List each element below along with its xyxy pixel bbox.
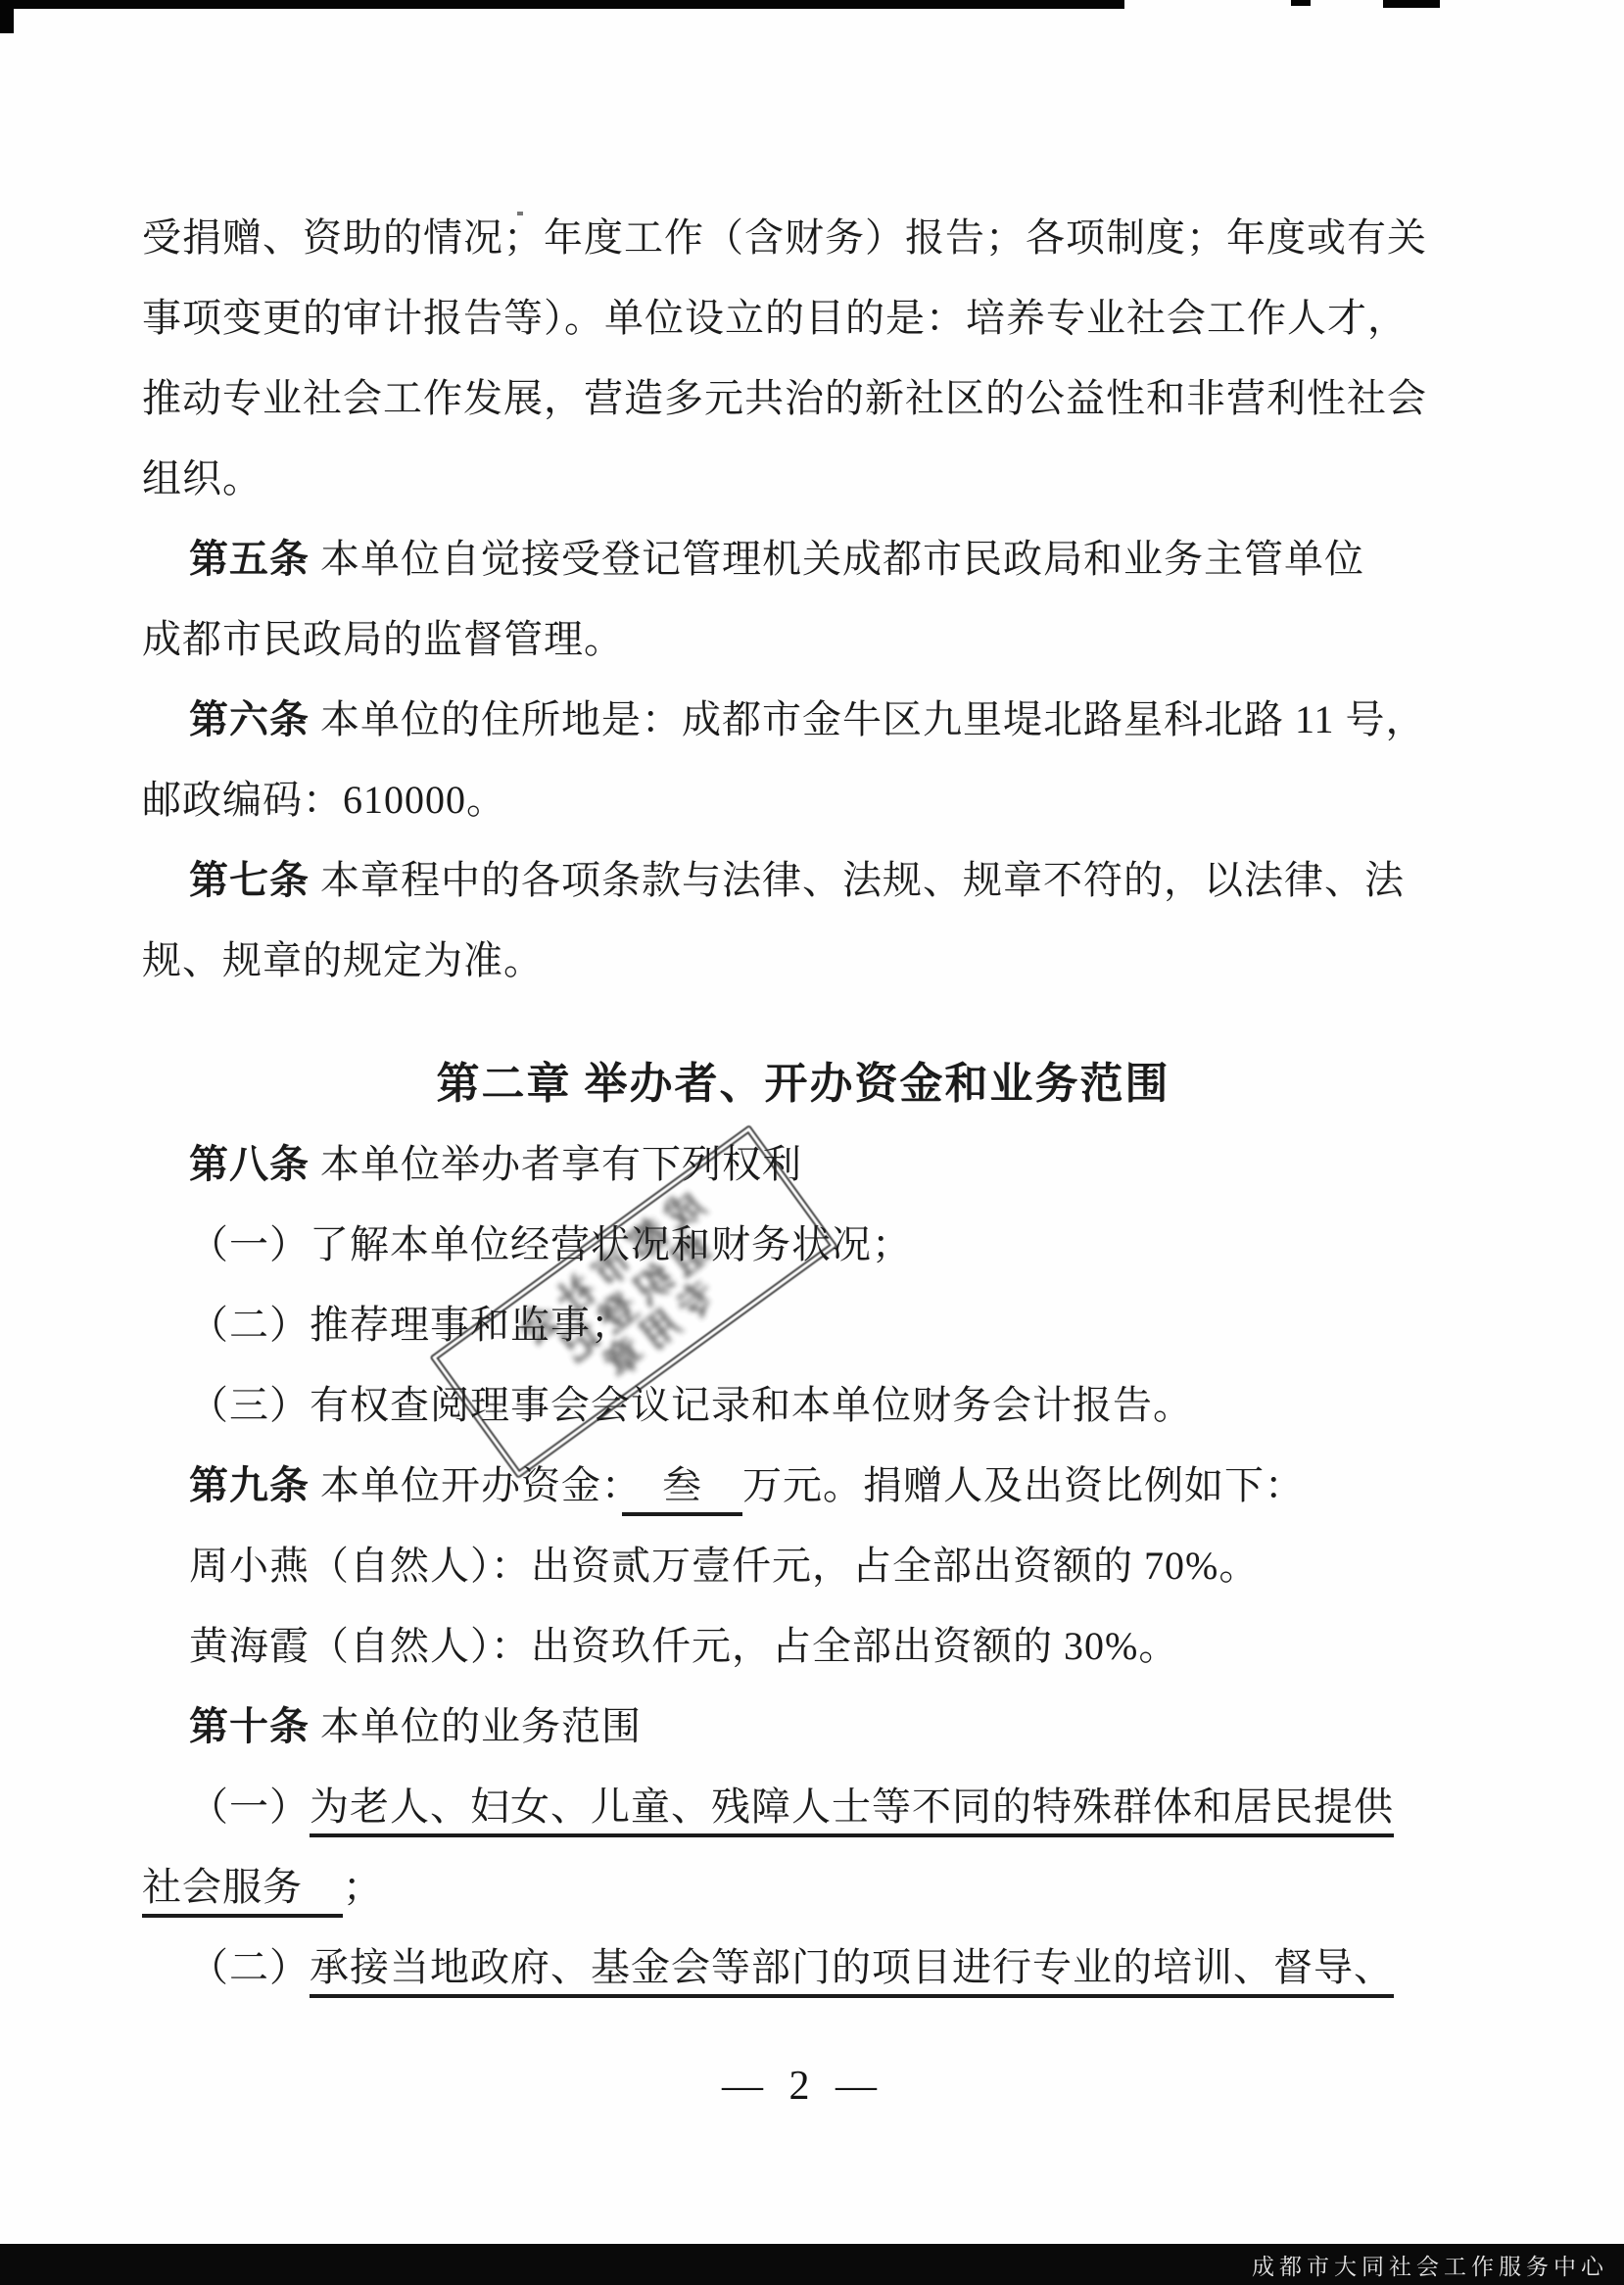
text-segment: （一）了解本单位经营状况和财务状况； xyxy=(189,1222,912,1266)
item-line: （一）了解本单位经营状况和财务状况； xyxy=(142,1205,1464,1285)
article-10-line: 第十条 本单位的业务范围 xyxy=(142,1687,1464,1767)
article-5-line: 第五条 本单位自觉接受登记管理机关成都市民政局和业务主管单位 xyxy=(142,519,1464,599)
item-line: （二）承接当地政府、基金会等部门的项目进行专业的培训、督导、 xyxy=(142,1928,1464,2008)
para-line: 邮政编码：610000。 xyxy=(142,760,1464,840)
contributor-line: 周小燕（自然人）：出资贰万壹仟元，占全部出资额的 70%。 xyxy=(142,1526,1464,1606)
text-segment: 本单位自觉接受登记管理机关成都市民政局和业务主管单位 xyxy=(310,537,1364,581)
text-segment: 承接当地政府、基金会等部门的项目进行专业的培训、督导、 xyxy=(310,1945,1394,1998)
text-segment: 受捐赠、资助的情况；年度工作（含财务）报告；各项制度；年度或有关 xyxy=(142,215,1427,260)
text-segment: 万元。捐赠人及出资比例如下： xyxy=(742,1463,1305,1507)
item-line: （二）推荐理事和监事； xyxy=(142,1285,1464,1365)
scan-artifact-mark xyxy=(1383,0,1440,8)
contributor-line: 黄海霞（自然人）：出资玖仟元，占全部出资额的 30%。 xyxy=(142,1606,1464,1687)
text-segment: 第八条 xyxy=(189,1142,310,1186)
item-line: （三）有权查阅理事会会议记录和本单位财务会计报告。 xyxy=(142,1365,1464,1446)
page-number: — 2 — xyxy=(142,2063,1464,2110)
article-8-line: 第八条 本单位举办者享有下列权利 xyxy=(142,1124,1464,1205)
text-segment: 事项变更的审计报告等）。单位设立的目的是：培养专业社会工作人才， xyxy=(142,296,1408,340)
scan-artifact-top-bar xyxy=(0,0,1124,9)
text-segment: （一） xyxy=(189,1785,310,1829)
text-segment: 第九条 xyxy=(189,1463,310,1507)
scan-artifact-mark xyxy=(1291,0,1311,6)
text-segment: 本单位开办资金： xyxy=(310,1463,622,1507)
para-line: 事项变更的审计报告等）。单位设立的目的是：培养专业社会工作人才， xyxy=(142,278,1464,358)
text-segment: 周小燕（自然人）：出资贰万壹仟元，占全部出资额的 70%。 xyxy=(189,1544,1259,1588)
para-line: 规、规章的规定为准。 xyxy=(142,921,1464,1001)
scanned-document-page: 受捐赠、资助的情况；年度工作（含财务）报告；各项制度；年度或有关事项变更的审计报… xyxy=(0,0,1624,2285)
text-segment: 本章程中的各项条款与法律、法规、规章不符的，以法律、法 xyxy=(310,858,1405,902)
text-segment: （三）有权查阅理事会会议记录和本单位财务会计报告。 xyxy=(189,1383,1193,1427)
text-segment: 规、规章的规定为准。 xyxy=(142,938,544,982)
para-line: 组织。 xyxy=(142,439,1464,519)
text-segment: 第五条 xyxy=(189,537,310,581)
article-9-line: 第九条 本单位开办资金： 叁 万元。捐赠人及出资比例如下： xyxy=(142,1446,1464,1526)
text-segment: 第十条 xyxy=(189,1704,310,1748)
article-7-line: 第七条 本章程中的各项条款与法律、法规、规章不符的，以法律、法 xyxy=(142,840,1464,921)
para-line: 推动专业社会工作发展，营造多元共治的新社区的公益性和非营利性社会 xyxy=(142,358,1464,439)
para-line: 社会服务 ； xyxy=(142,1847,1464,1928)
text-segment: （二） xyxy=(189,1945,310,1989)
text-segment: 本单位的业务范围 xyxy=(310,1704,642,1748)
text-segment: 本单位举办者享有下列权利 xyxy=(310,1142,802,1186)
text-segment: 邮政编码：610000。 xyxy=(142,778,506,822)
text-segment: 推动专业社会工作发展，营造多元共治的新社区的公益性和非营利性社会 xyxy=(142,376,1427,420)
para-line: 成都市民政局的监督管理。 xyxy=(142,599,1464,680)
text-segment: 本单位的住所地是：成都市金牛区九里堤北路星科北路 11 号， xyxy=(310,697,1426,741)
text-segment: 第六条 xyxy=(189,697,310,741)
scan-bottom-strip: 成都市大同社会工作服务中心 xyxy=(0,2244,1624,2285)
text-segment: 黄海霞（自然人）：出资玖仟元，占全部出资额的 30%。 xyxy=(189,1624,1178,1668)
text-segment: 成都市民政局的监督管理。 xyxy=(142,617,624,661)
scan-artifact-top-left-corner xyxy=(0,0,14,33)
corner-watermark-text: 成都市大同社会工作服务中心 xyxy=(1252,2249,1624,2281)
text-segment: 社会服务 xyxy=(142,1865,343,1918)
chapter-2-heading: 第二章 举办者、开办资金和业务范围 xyxy=(142,1044,1464,1124)
text-segment: ； xyxy=(343,1865,383,1909)
text-segment: 组织。 xyxy=(142,456,263,500)
text-segment: 为老人、妇女、儿童、残障人士等不同的特殊群体和居民提供 xyxy=(310,1785,1394,1837)
para-line: 受捐赠、资助的情况；年度工作（含财务）报告；各项制度；年度或有关 xyxy=(142,198,1464,278)
document-body-text: 受捐赠、资助的情况；年度工作（含财务）报告；各项制度；年度或有关事项变更的审计报… xyxy=(142,198,1464,2008)
text-segment: 第七条 xyxy=(189,858,310,902)
text-segment: 叁 xyxy=(622,1463,742,1516)
item-line: （一）为老人、妇女、儿童、残障人士等不同的特殊群体和居民提供 xyxy=(142,1767,1464,1847)
text-segment: 第二章 举办者、开办资金和业务范围 xyxy=(437,1060,1170,1108)
article-6-line: 第六条 本单位的住所地是：成都市金牛区九里堤北路星科北路 11 号， xyxy=(142,680,1464,760)
text-segment: （二）推荐理事和监事； xyxy=(189,1303,631,1347)
